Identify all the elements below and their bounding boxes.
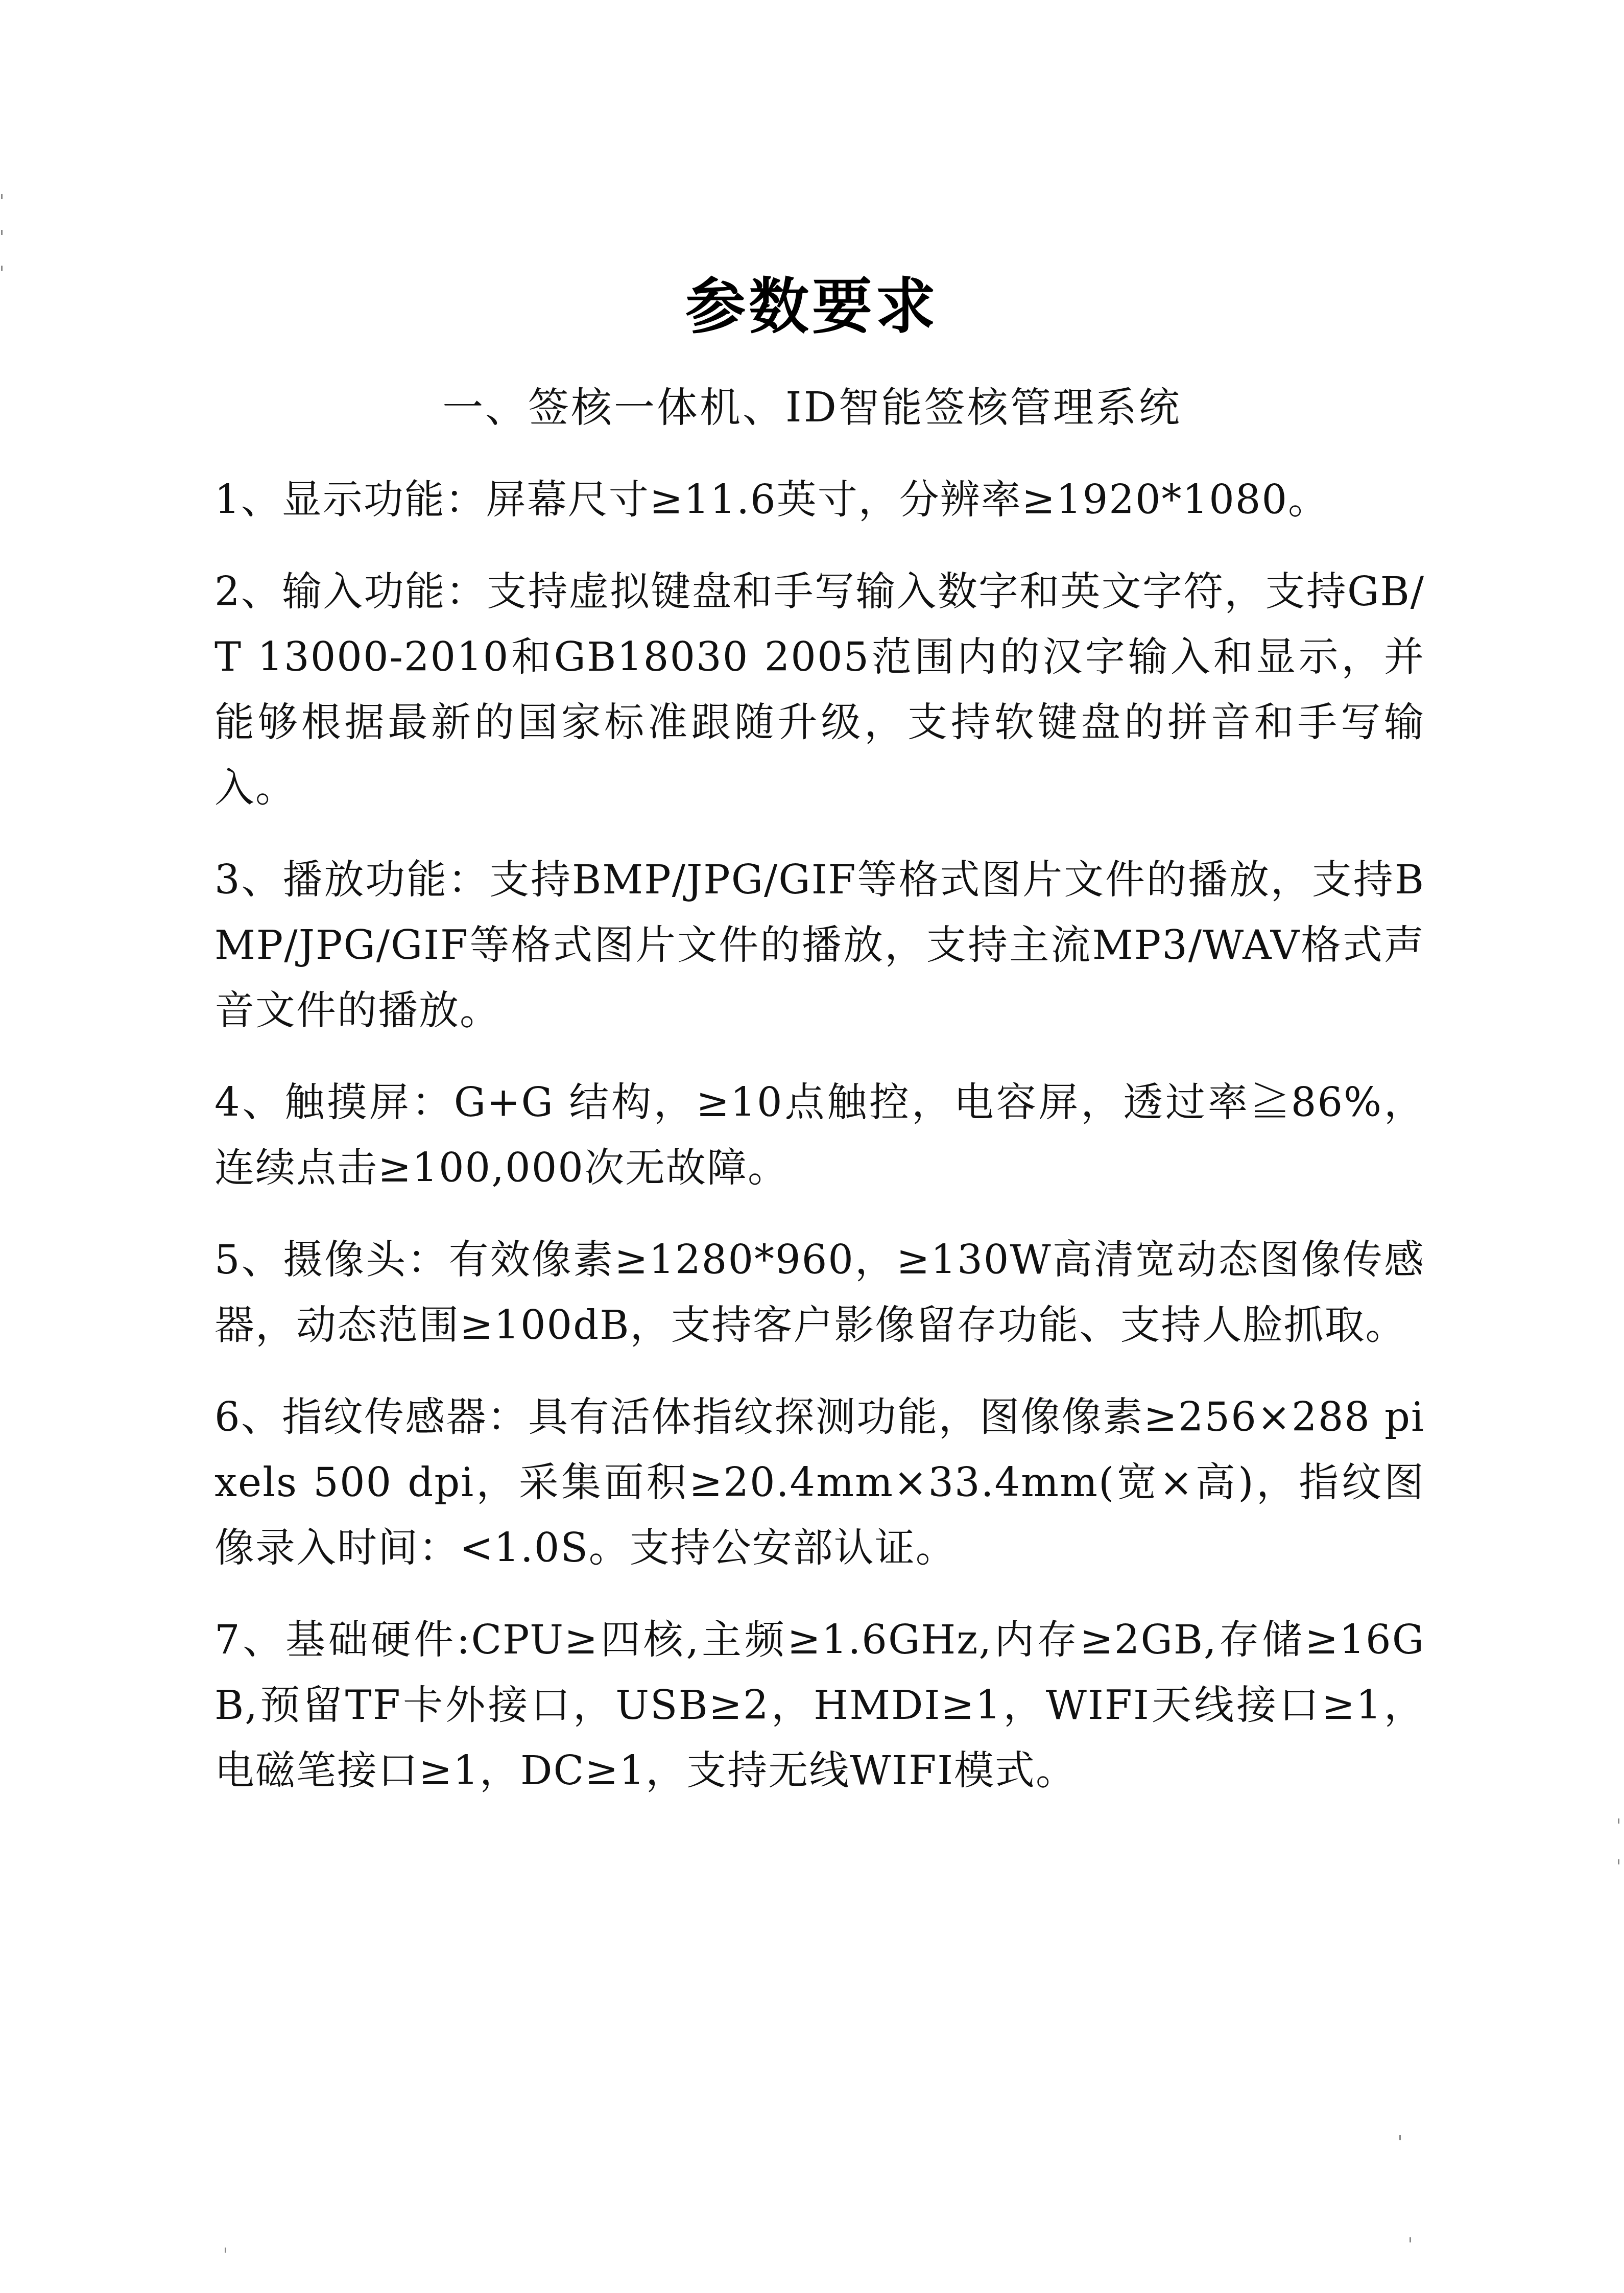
requirement-item-camera: 5、摄像头：有效像素≥1280*960，≥130W高清宽动态图像传感器，动态范围… bbox=[214, 1227, 1425, 1358]
requirement-item-input: 2、输入功能：支持虚拟键盘和手写输入数字和英文字符，支持GB/T 13000-2… bbox=[214, 559, 1425, 821]
scan-artifact bbox=[225, 2248, 226, 2253]
document-title: 参数要求 bbox=[0, 266, 1624, 347]
scan-artifact bbox=[1410, 2237, 1411, 2242]
scan-artifact bbox=[1, 230, 3, 235]
scan-artifact bbox=[1, 194, 3, 199]
requirement-item-fingerprint-sensor: 6、指纹传感器：具有活体指纹探测功能，图像像素≥256×288 pixels 5… bbox=[214, 1385, 1425, 1581]
requirement-item-display: 1、显示功能：屏幕尺寸≥11.6英寸，分辨率≥1920*1080。 bbox=[214, 467, 1425, 533]
scan-artifact bbox=[1399, 2135, 1401, 2140]
scan-artifact bbox=[1, 266, 3, 271]
scan-artifact bbox=[1618, 1818, 1619, 1824]
requirement-item-touchscreen: 4、触摸屏：G+G 结构，≥10点触控，电容屏，透过率≧86%，连续点击≥100… bbox=[214, 1070, 1425, 1201]
requirement-item-hardware: 7、基础硬件:CPU≥四核,主频≥1.6GHz,内存≥2GB,存储≥16GB,预… bbox=[214, 1608, 1425, 1804]
section-heading: 一、签核一体机、ID智能签核管理系统 bbox=[0, 377, 1624, 438]
document-page: 参数要求 一、签核一体机、ID智能签核管理系统 1、显示功能：屏幕尺寸≥11.6… bbox=[0, 0, 1624, 2293]
requirement-item-playback: 3、播放功能：支持BMP/JPG/GIF等格式图片文件的播放，支持BMP/JPG… bbox=[214, 847, 1425, 1044]
scan-artifact bbox=[1618, 1859, 1619, 1864]
requirements-list: 1、显示功能：屏幕尺寸≥11.6英寸，分辨率≥1920*1080。 2、输入功能… bbox=[214, 467, 1425, 1830]
